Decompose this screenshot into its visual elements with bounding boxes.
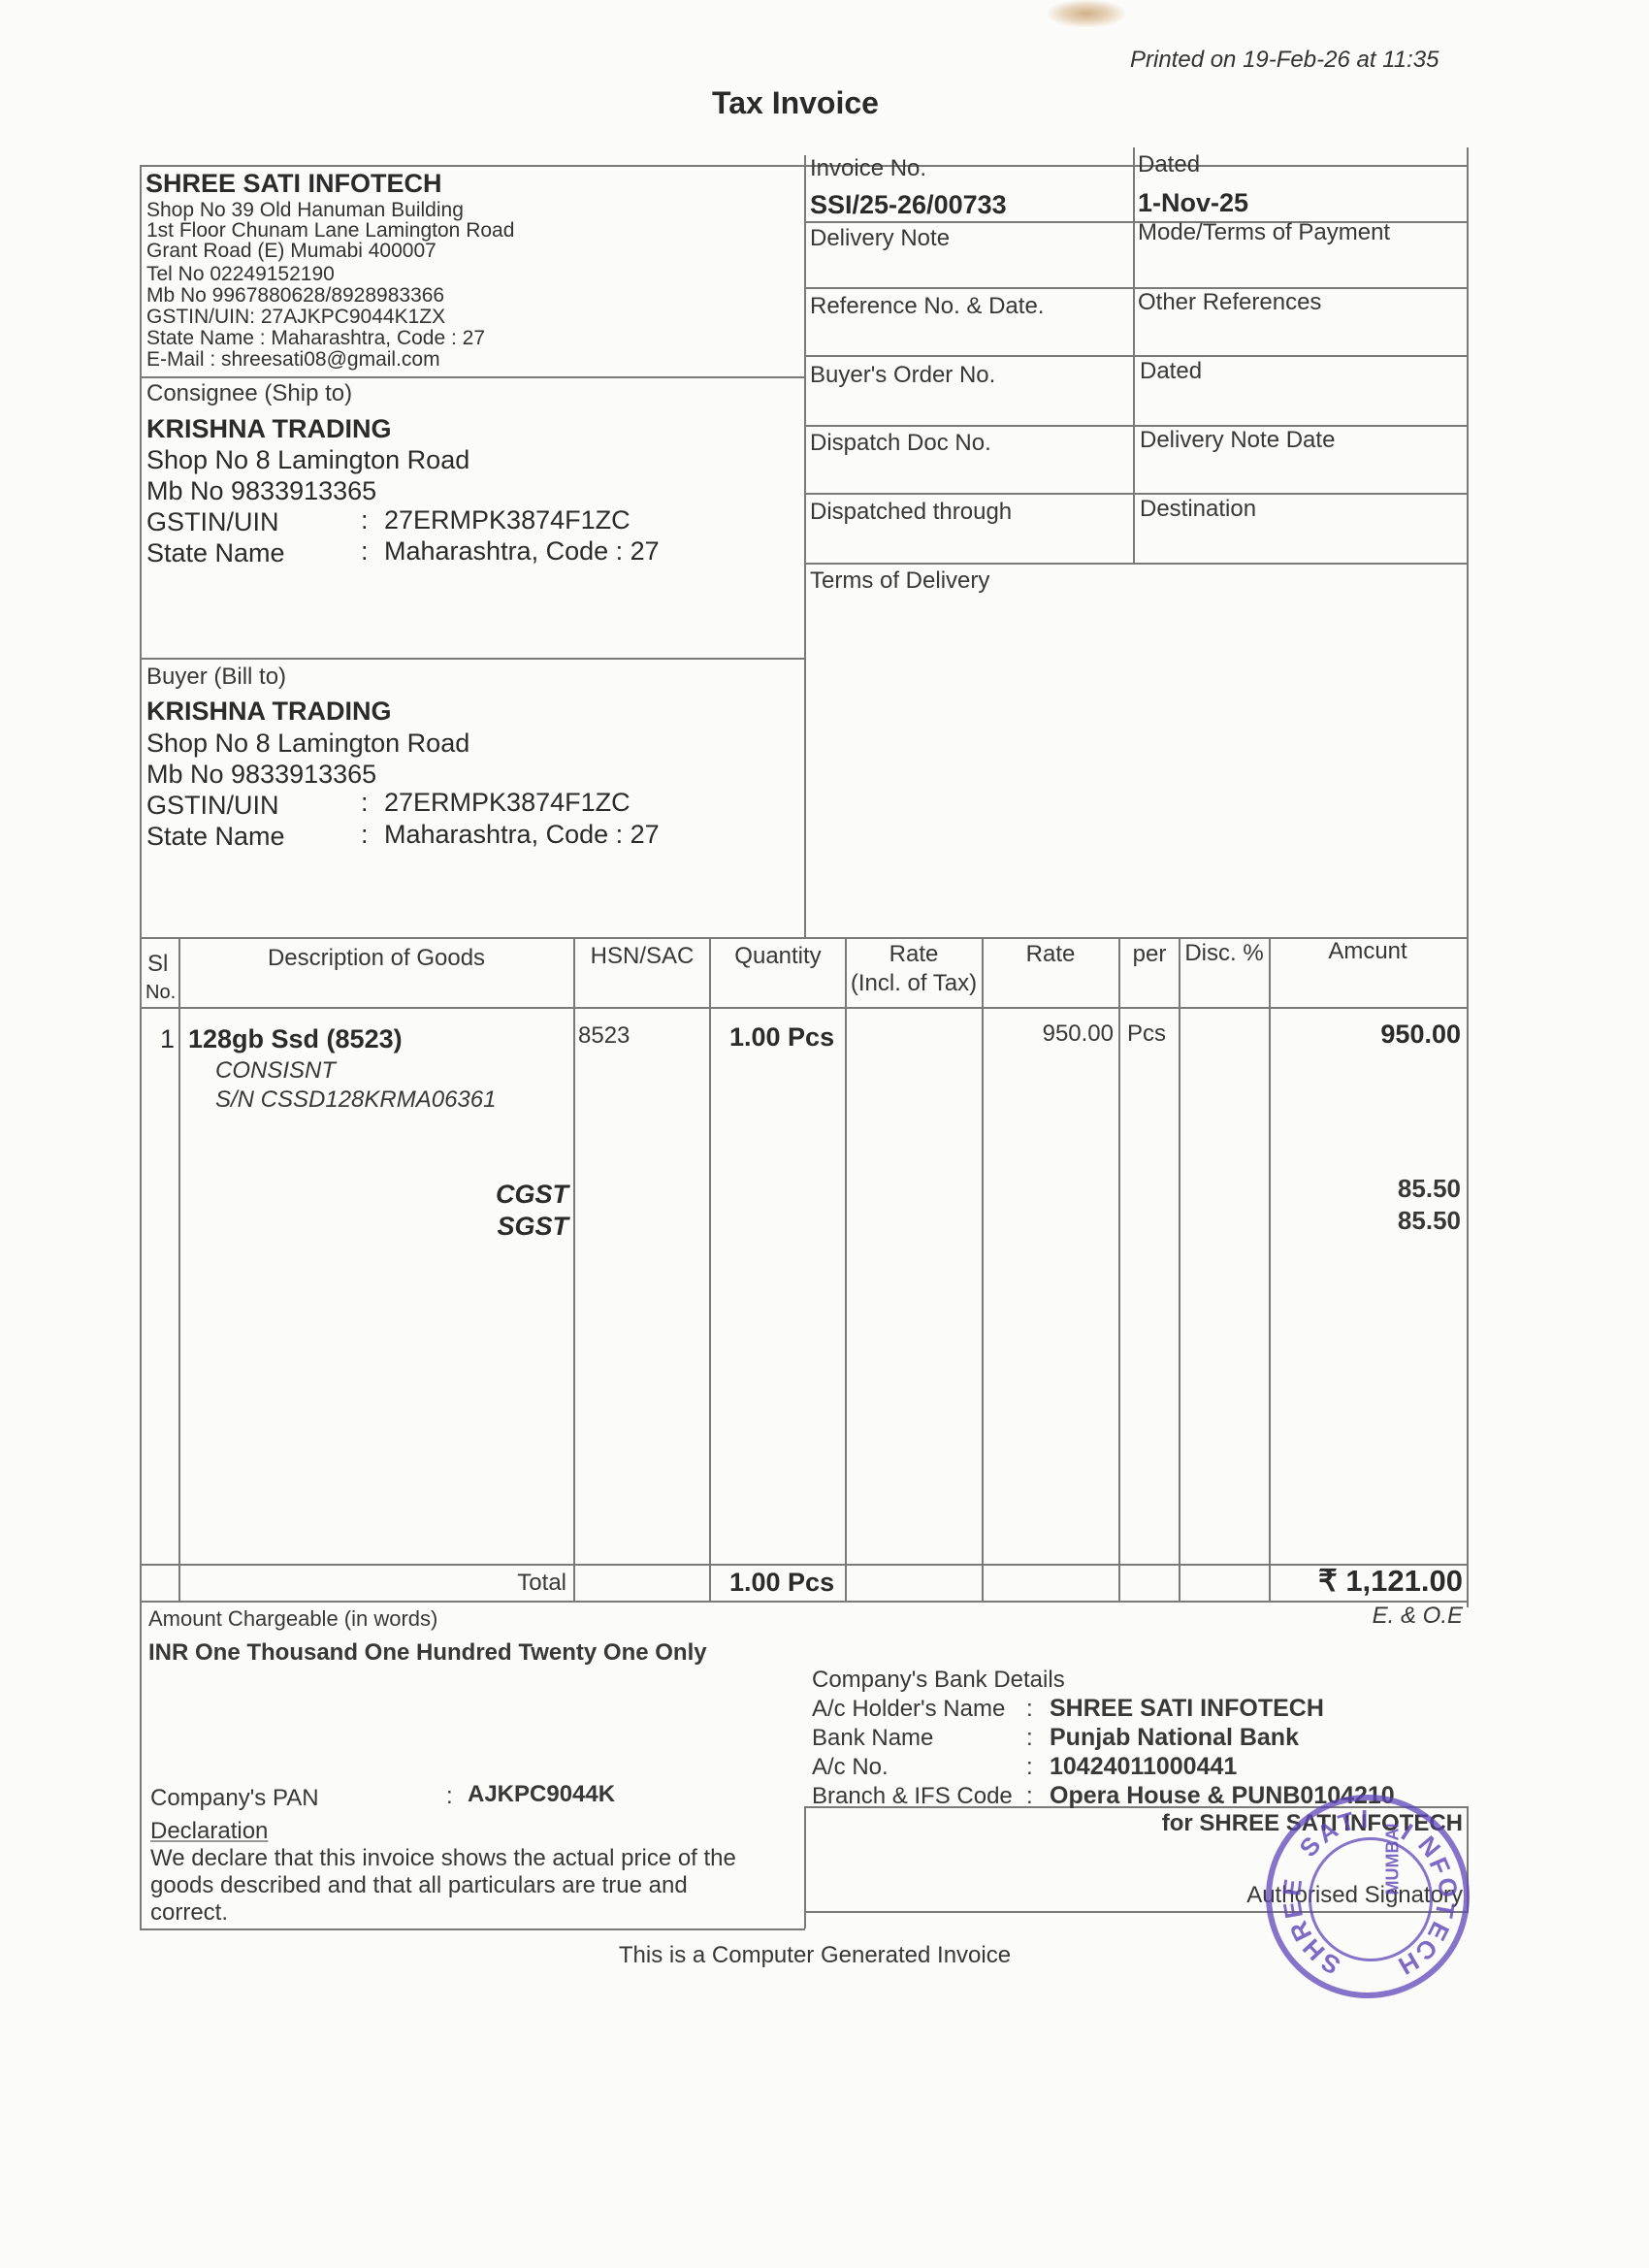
col-description: Description of Goods xyxy=(180,945,572,972)
colon: : xyxy=(1026,1696,1033,1723)
total-quantity: 1.00 Pcs xyxy=(729,1568,834,1598)
item-per: Pcs xyxy=(1127,1021,1166,1048)
terms-of-delivery-label: Terms of Delivery xyxy=(810,567,989,595)
dated-label: Dated xyxy=(1138,151,1200,178)
buyer-name: KRISHNA TRADING xyxy=(146,697,392,727)
item-amount: 950.00 xyxy=(1271,1020,1461,1050)
col-disc: Disc. % xyxy=(1180,940,1268,967)
col-rate-incl-sub: (Incl. of Tax) xyxy=(847,970,981,997)
colon: : xyxy=(361,820,369,850)
colon: : xyxy=(1026,1754,1033,1781)
item-sl: 1 xyxy=(145,1024,175,1054)
consignee-gstin: 27ERMPK3874F1ZC xyxy=(384,505,630,535)
seller-mobile: Mb No 9967880628/8928983366 xyxy=(146,285,444,307)
tax-amount: 85.50 xyxy=(1271,1206,1461,1236)
dispatch-doc-label: Dispatch Doc No. xyxy=(810,430,991,457)
col-per: per xyxy=(1120,941,1179,968)
amount-words: INR One Thousand One Hundred Twenty One … xyxy=(148,1639,707,1667)
item-hsn: 8523 xyxy=(578,1022,630,1050)
declaration-line: correct. xyxy=(150,1899,228,1927)
buyers-order-label: Buyer's Order No. xyxy=(810,362,995,389)
tax-amount: 85.50 xyxy=(1271,1174,1461,1204)
colon: : xyxy=(361,505,369,535)
amount-words-label: Amount Chargeable (in words) xyxy=(148,1606,437,1632)
delivery-note-label: Delivery Note xyxy=(810,225,950,252)
invoice-no-label: Invoice No. xyxy=(810,155,926,182)
seller-name: SHREE SATI INFOTECH xyxy=(145,169,442,199)
declaration-line: We declare that this invoice shows the a… xyxy=(150,1845,736,1872)
tax-label: SGST xyxy=(180,1212,568,1242)
order-dated-label: Dated xyxy=(1140,358,1202,385)
item-brand: CONSISNT xyxy=(215,1057,336,1085)
document-title: Tax Invoice xyxy=(0,85,1591,121)
col-sl: Sl xyxy=(147,951,168,978)
colon: : xyxy=(446,1783,453,1810)
reference-label: Reference No. & Date. xyxy=(810,293,1044,320)
declaration-heading: Declaration xyxy=(150,1818,268,1845)
other-references-label: Other References xyxy=(1138,289,1321,316)
bank-holder: SHREE SATI INFOTECH xyxy=(1050,1695,1324,1723)
col-hsn: HSN/SAC xyxy=(575,943,709,970)
bank-name-label: Bank Name xyxy=(812,1725,933,1752)
delivery-note-date-label: Delivery Note Date xyxy=(1140,427,1335,454)
seller-address-line: 1st Floor Chunam Lane Lamington Road xyxy=(146,220,514,242)
seal-ring-text: SHREE SATI INFOTECH xyxy=(1272,1800,1464,1993)
colon: : xyxy=(361,536,369,567)
colon: : xyxy=(1026,1783,1033,1810)
item-quantity: 1.00 Pcs xyxy=(729,1022,834,1053)
buyer-mobile: Mb No 9833913365 xyxy=(146,760,376,790)
computer-generated-note: This is a Computer Generated Invoice xyxy=(543,1942,1086,1969)
bank-heading: Company's Bank Details xyxy=(812,1667,1065,1694)
item-description: 128gb Ssd (8523) xyxy=(188,1024,403,1054)
consignee-state-label: State Name xyxy=(146,538,285,568)
payment-terms-label: Mode/Terms of Payment xyxy=(1138,219,1390,246)
dated-value: 1-Nov-25 xyxy=(1138,188,1248,218)
company-seal-stamp: SHREE SATI INFOTECH MUMBAI xyxy=(1266,1795,1470,1998)
eoe-note: E. & O.E xyxy=(1271,1603,1463,1630)
consignee-gstin-label: GSTIN/UIN xyxy=(146,507,279,537)
seller-gstin: GSTIN/UIN: 27AJKPC9044K1ZX xyxy=(146,307,445,328)
dispatched-through-label: Dispatched through xyxy=(810,499,1012,526)
col-quantity: Quantity xyxy=(711,943,845,970)
printed-on-timestamp: Printed on 19-Feb-26 at 11:35 xyxy=(1130,47,1439,74)
consignee-address: Shop No 8 Lamington Road xyxy=(146,445,469,475)
destination-label: Destination xyxy=(1140,496,1256,523)
seller-email: E-Mail : shreesati08@gmail.com xyxy=(146,349,440,371)
seller-address-line: Grant Road (E) Mumabi 400007 xyxy=(146,241,436,262)
buyer-heading: Buyer (Bill to) xyxy=(146,664,286,691)
pan-label: Company's PAN xyxy=(150,1785,319,1812)
col-amount: Amcunt xyxy=(1271,938,1465,965)
consignee-heading: Consignee (Ship to) xyxy=(146,380,352,407)
consignee-mobile: Mb No 9833913365 xyxy=(146,476,376,506)
buyer-gstin: 27ERMPK3874F1ZC xyxy=(384,788,630,818)
consignee-state: Maharashtra, Code : 27 xyxy=(384,536,660,567)
colon: : xyxy=(1026,1725,1033,1752)
invoice-no-value: SSI/25-26/00733 xyxy=(810,190,1007,220)
bank-holder-label: A/c Holder's Name xyxy=(812,1696,1005,1723)
seal-city: MUMBAI xyxy=(1383,1824,1404,1895)
paper-stain xyxy=(1048,0,1125,27)
item-serial: S/N CSSD128KRMA06361 xyxy=(215,1086,496,1114)
buyer-state-label: State Name xyxy=(146,822,285,852)
declaration-line: goods described and that all particulars… xyxy=(150,1872,688,1899)
buyer-address: Shop No 8 Lamington Road xyxy=(146,729,469,759)
bank-name: Punjab National Bank xyxy=(1050,1724,1299,1752)
col-rate-incl: Rate xyxy=(847,941,981,968)
colon: : xyxy=(361,788,369,818)
total-label: Total xyxy=(180,1570,566,1597)
bank-branch-label: Branch & IFS Code xyxy=(812,1783,1013,1810)
item-rate: 950.00 xyxy=(984,1021,1114,1048)
buyer-gstin-label: GSTIN/UIN xyxy=(146,791,279,821)
seller-phone: Tel No 02249152190 xyxy=(146,264,335,285)
tax-label: CGST xyxy=(180,1180,568,1210)
total-amount: ₹ 1,121.00 xyxy=(1271,1564,1463,1599)
col-sl-no: No. xyxy=(145,982,176,1004)
col-rate: Rate xyxy=(984,941,1117,968)
buyer-state: Maharashtra, Code : 27 xyxy=(384,820,660,850)
bank-account: 10424011000441 xyxy=(1050,1753,1237,1781)
seller-state: State Name : Maharashtra, Code : 27 xyxy=(146,328,485,349)
pan-value: AJKPC9044K xyxy=(468,1781,615,1808)
bank-account-label: A/c No. xyxy=(812,1754,889,1781)
consignee-name: KRISHNA TRADING xyxy=(146,414,392,444)
seller-address-line: Shop No 39 Old Hanuman Building xyxy=(146,200,464,221)
